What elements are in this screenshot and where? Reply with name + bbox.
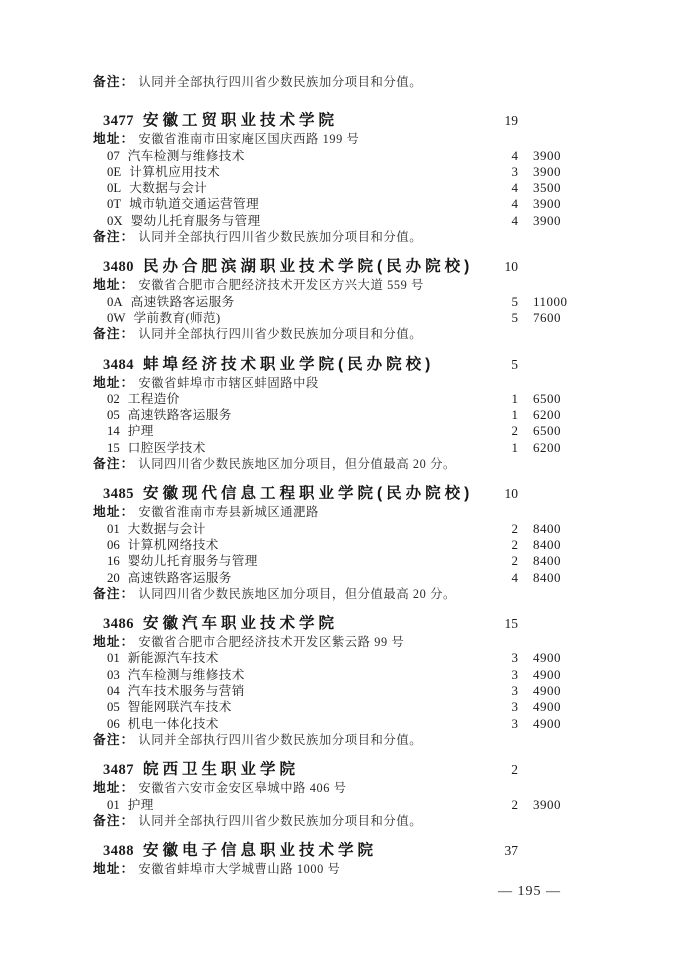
major-row: 16婴幼儿托育服务与管理28400 [0, 553, 680, 569]
major-name: 大数据与会计 [129, 181, 207, 195]
address-text: 安徽省蚌埠市市辖区蚌固路中段 [138, 376, 319, 390]
major-count: 3 [495, 716, 518, 732]
major-count: 3 [495, 164, 518, 180]
address-text: 安徽省蚌埠市大学城曹山路 1000 号 [138, 862, 340, 876]
major-name: 学前教育(师范) [133, 311, 220, 325]
major-count: 3 [495, 650, 518, 666]
major-code: 07 [107, 149, 120, 163]
major-row: 0T城市轨道交通运营管理43900 [0, 196, 680, 212]
major-fee: 6500 [533, 391, 561, 407]
major-fee: 8400 [533, 570, 561, 586]
college-header: 3488安徽电子信息职业技术学院37 [0, 841, 680, 860]
major-count: 1 [495, 440, 518, 456]
college-address: 地址：安徽省蚌埠市大学城曹山路 1000 号 [0, 861, 680, 877]
college-name: 安徽现代信息工程职业学院(民办院校) [143, 485, 473, 502]
college-plan-count: 2 [495, 760, 518, 779]
major-row: 0L大数据与会计43500 [0, 180, 680, 196]
college-note: 备注：认同四川省少数民族地区加分项目，但分值最高 20 分。 [0, 586, 680, 602]
major-code: 03 [107, 668, 120, 682]
address-label: 地址： [93, 375, 134, 390]
major-name: 高速铁路客运服务 [128, 571, 232, 585]
college-name: 蚌埠经济技术职业学院(民办院校) [143, 356, 434, 373]
college-address: 地址：安徽省蚌埠市市辖区蚌固路中段 [0, 375, 680, 391]
major-fee: 8400 [533, 537, 561, 553]
college-name: 安徽电子信息职业技术学院 [143, 842, 377, 859]
major-count: 1 [495, 407, 518, 423]
address-label: 地址： [93, 861, 134, 876]
major-row: 20高速铁路客运服务48400 [0, 570, 680, 586]
college-block-3485: 3485安徽现代信息工程职业学院(民办院校)10 地址：安徽省淮南市寿县新城区通… [0, 484, 680, 602]
major-name: 新能源汽车技术 [128, 651, 219, 665]
major-row: 01新能源汽车技术34900 [0, 650, 680, 666]
major-row: 01大数据与会计28400 [0, 521, 680, 537]
major-code: 0L [107, 181, 121, 195]
major-code: 0W [107, 311, 125, 325]
note-text: 认同并全部执行四川省少数民族加分项目和分值。 [138, 75, 422, 89]
major-fee: 8400 [533, 521, 561, 537]
college-address: 地址：安徽省合肥市合肥经济技术开发区紫云路 99 号 [0, 634, 680, 650]
major-name: 婴幼儿托育服务与管理 [128, 554, 258, 568]
college-note: 备注：认同并全部执行四川省少数民族加分项目和分值。 [0, 813, 680, 829]
major-fee: 7600 [533, 310, 561, 326]
major-fee: 6500 [533, 423, 561, 439]
address-text: 安徽省六安市金安区皋城中路 406 号 [138, 781, 346, 795]
major-row: 07汽车检测与维修技术43900 [0, 148, 680, 164]
major-row: 0A高速铁路客运服务511000 [0, 294, 680, 310]
note-label: 备注： [93, 229, 134, 244]
note-label: 备注： [93, 586, 134, 601]
major-count: 2 [495, 537, 518, 553]
college-block-3487: 3487皖西卫生职业学院2 地址：安徽省六安市金安区皋城中路 406 号 01护… [0, 760, 680, 829]
major-fee: 3900 [533, 196, 561, 212]
major-row: 0E计算机应用技术33900 [0, 164, 680, 180]
major-row: 14护理26500 [0, 423, 680, 439]
major-code: 06 [107, 717, 120, 731]
college-address: 地址：安徽省淮南市田家庵区国庆西路 199 号 [0, 131, 680, 147]
major-count: 3 [495, 699, 518, 715]
college-plan-count: 10 [495, 484, 518, 503]
note-label: 备注： [93, 732, 134, 747]
college-plan-count: 19 [495, 111, 518, 130]
major-count: 3 [495, 667, 518, 683]
note-label: 备注： [93, 326, 134, 341]
note-text: 认同并全部执行四川省少数民族加分项目和分值。 [138, 733, 422, 747]
major-code: 05 [107, 700, 120, 714]
major-row: 06计算机网络技术28400 [0, 537, 680, 553]
college-header: 3485安徽现代信息工程职业学院(民办院校)10 [0, 484, 680, 503]
college-code: 3486 [103, 616, 134, 632]
address-label: 地址： [93, 504, 134, 519]
major-code: 0E [107, 165, 121, 179]
college-code: 3487 [103, 762, 134, 778]
college-address: 地址：安徽省合肥市合肥经济技术开发区方兴大道 559 号 [0, 277, 680, 293]
major-code: 0A [107, 295, 123, 309]
major-fee: 6200 [533, 440, 561, 456]
college-header: 3477安徽工贸职业技术学院19 [0, 111, 680, 130]
major-name: 汽车检测与维修技术 [128, 668, 245, 682]
major-row: 06机电一体化技术34900 [0, 716, 680, 732]
college-code: 3480 [103, 259, 134, 275]
major-row: 02工程造价16500 [0, 391, 680, 407]
major-fee: 3500 [533, 180, 561, 196]
major-name: 汽车检测与维修技术 [128, 149, 245, 163]
major-fee: 3900 [533, 164, 561, 180]
major-row: 04汽车技术服务与营销34900 [0, 683, 680, 699]
major-fee: 6200 [533, 407, 561, 423]
major-row: 0X婴幼儿托育服务与管理43900 [0, 213, 680, 229]
address-label: 地址： [93, 780, 134, 795]
major-code: 15 [107, 441, 120, 455]
note-text: 认同并全部执行四川省少数民族加分项目和分值。 [138, 814, 422, 828]
college-header: 3484蚌埠经济技术职业学院(民办院校)5 [0, 355, 680, 374]
college-header: 3486安徽汽车职业技术学院15 [0, 614, 680, 633]
note-label: 备注： [93, 456, 134, 471]
major-code: 06 [107, 538, 120, 552]
major-count: 4 [495, 180, 518, 196]
page-number: — 195 — [498, 884, 561, 900]
college-header: 3480民办合肥滨湖职业技术学院(民办院校)10 [0, 257, 680, 276]
major-count: 4 [495, 148, 518, 164]
major-name: 工程造价 [128, 392, 180, 406]
major-count: 2 [495, 521, 518, 537]
major-name: 婴幼儿托育服务与管理 [131, 214, 261, 228]
college-address: 地址：安徽省六安市金安区皋城中路 406 号 [0, 780, 680, 796]
note-text: 认同并全部执行四川省少数民族加分项目和分值。 [138, 230, 422, 244]
college-note: 备注：认同并全部执行四川省少数民族加分项目和分值。 [0, 326, 680, 342]
college-note: 备注：认同并全部执行四川省少数民族加分项目和分值。 [0, 229, 680, 245]
major-name: 汽车技术服务与营销 [128, 684, 245, 698]
major-name: 计算机应用技术 [129, 165, 220, 179]
address-text: 安徽省合肥市合肥经济技术开发区紫云路 99 号 [138, 635, 404, 649]
college-code: 3485 [103, 486, 134, 502]
major-fee: 3900 [533, 797, 561, 813]
major-fee: 4900 [533, 699, 561, 715]
college-block-3477: 3477安徽工贸职业技术学院19 地址：安徽省淮南市田家庵区国庆西路 199 号… [0, 111, 680, 245]
college-code: 3477 [103, 113, 134, 129]
major-count: 3 [495, 683, 518, 699]
major-name: 计算机网络技术 [128, 538, 219, 552]
note-label: 备注： [93, 813, 134, 828]
note-text: 认同四川省少数民族地区加分项目，但分值最高 20 分。 [138, 587, 455, 601]
college-name: 皖西卫生职业学院 [143, 761, 299, 778]
major-fee: 8400 [533, 553, 561, 569]
note-label: 备注： [93, 74, 134, 89]
college-header: 3487皖西卫生职业学院2 [0, 760, 680, 779]
major-fee: 11000 [533, 294, 568, 310]
major-fee: 4900 [533, 667, 561, 683]
major-code: 01 [107, 522, 120, 536]
major-row: 15口腔医学技术16200 [0, 440, 680, 456]
major-code: 01 [107, 651, 120, 665]
major-name: 护理 [128, 424, 154, 438]
major-count: 5 [495, 294, 518, 310]
major-name: 智能网联汽车技术 [128, 700, 232, 714]
address-text: 安徽省淮南市田家庵区国庆西路 199 号 [138, 132, 359, 146]
major-count: 4 [495, 570, 518, 586]
college-block-3486: 3486安徽汽车职业技术学院15 地址：安徽省合肥市合肥经济技术开发区紫云路 9… [0, 614, 680, 748]
major-fee: 3900 [533, 213, 561, 229]
college-block-3484: 3484蚌埠经济技术职业学院(民办院校)5 地址：安徽省蚌埠市市辖区蚌固路中段 … [0, 355, 680, 473]
major-row: 05高速铁路客运服务16200 [0, 407, 680, 423]
college-plan-count: 10 [495, 257, 518, 276]
major-row: 0W学前教育(师范)57600 [0, 310, 680, 326]
major-name: 口腔医学技术 [128, 441, 206, 455]
major-count: 2 [495, 553, 518, 569]
major-name: 护理 [128, 798, 154, 812]
major-code: 20 [107, 571, 120, 585]
address-text: 安徽省淮南市寿县新城区通淝路 [138, 505, 319, 519]
major-fee: 3900 [533, 148, 561, 164]
major-row: 05智能网联汽车技术34900 [0, 699, 680, 715]
college-name: 民办合肥滨湖职业技术学院(民办院校) [143, 258, 473, 275]
major-row: 01护理23900 [0, 797, 680, 813]
major-code: 01 [107, 798, 120, 812]
major-count: 4 [495, 196, 518, 212]
college-address: 地址：安徽省淮南市寿县新城区通淝路 [0, 504, 680, 520]
address-label: 地址： [93, 277, 134, 292]
major-code: 16 [107, 554, 120, 568]
major-code: 04 [107, 684, 120, 698]
note-text: 认同四川省少数民族地区加分项目，但分值最高 20 分。 [138, 457, 455, 471]
college-plan-count: 5 [495, 355, 518, 374]
major-code: 0X [107, 214, 123, 228]
college-note: 备注：认同四川省少数民族地区加分项目，但分值最高 20 分。 [0, 456, 680, 472]
address-label: 地址： [93, 131, 134, 146]
college-name: 安徽工贸职业技术学院 [143, 112, 338, 129]
college-block-3488: 3488安徽电子信息职业技术学院37 地址：安徽省蚌埠市大学城曹山路 1000 … [0, 841, 680, 877]
major-code: 0T [107, 197, 121, 211]
major-fee: 4900 [533, 650, 561, 666]
college-code: 3484 [103, 357, 134, 373]
college-note: 备注：认同并全部执行四川省少数民族加分项目和分值。 [0, 732, 680, 748]
college-code: 3488 [103, 843, 134, 859]
major-name: 机电一体化技术 [128, 717, 219, 731]
major-code: 14 [107, 424, 120, 438]
college-plan-count: 15 [495, 614, 518, 633]
major-fee: 4900 [533, 716, 561, 732]
note-text: 认同并全部执行四川省少数民族加分项目和分值。 [138, 327, 422, 341]
document-page: 备注：认同并全部执行四川省少数民族加分项目和分值。 3477安徽工贸职业技术学院… [0, 0, 680, 961]
major-count: 4 [495, 213, 518, 229]
page-content: 备注：认同并全部执行四川省少数民族加分项目和分值。 3477安徽工贸职业技术学院… [0, 74, 680, 877]
major-name: 城市轨道交通运营管理 [129, 197, 259, 211]
college-name: 安徽汽车职业技术学院 [143, 615, 338, 632]
major-row: 03汽车检测与维修技术34900 [0, 667, 680, 683]
address-label: 地址： [93, 634, 134, 649]
major-fee: 4900 [533, 683, 561, 699]
major-count: 2 [495, 797, 518, 813]
college-block-3480: 3480民办合肥滨湖职业技术学院(民办院校)10 地址：安徽省合肥市合肥经济技术… [0, 257, 680, 342]
carryover-note: 备注：认同并全部执行四川省少数民族加分项目和分值。 [0, 74, 680, 90]
major-count: 2 [495, 423, 518, 439]
address-text: 安徽省合肥市合肥经济技术开发区方兴大道 559 号 [138, 278, 424, 292]
major-name: 大数据与会计 [128, 522, 206, 536]
college-plan-count: 37 [495, 841, 518, 860]
major-count: 5 [495, 310, 518, 326]
major-name: 高速铁路客运服务 [131, 295, 235, 309]
major-count: 1 [495, 391, 518, 407]
major-name: 高速铁路客运服务 [128, 408, 232, 422]
major-code: 02 [107, 392, 120, 406]
major-code: 05 [107, 408, 120, 422]
